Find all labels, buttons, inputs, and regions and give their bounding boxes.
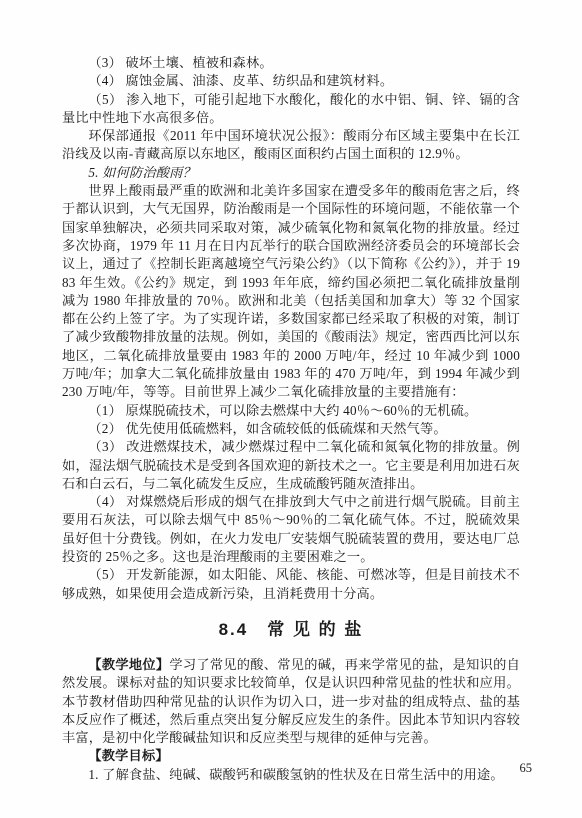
environment-report-paragraph: 环保部通报《2011 年中国环境状况公报》：酸雨分布区域主要集中在长江沿线及以南… [62,127,520,164]
page-content: （3） 破坏土壤、植被和森林。 （4） 腐蚀金属、油漆、皮革、纺织品和建筑材料。… [62,54,520,784]
measure-item-2: （2） 优先使用低硫燃料，如含硫较低的低硫煤和天然气等。 [62,420,520,438]
measure-item-4: （4） 对煤燃烧后形成的烟气在排放到大气中之前进行烟气脱硫。目前主要用石灰法，可… [62,493,520,566]
teaching-position-paragraph: 【教学地位】学习了常见的酸、常见的碱，再来学常见的盐，是知识的自然发展。课标对盐… [62,656,520,747]
measure-item-5: （5） 开发新能源，如太阳能、风能、核能、可燃冰等，但是目前技术不够成熟，如果使… [62,566,520,603]
acid-rain-harm-item-4: （4） 腐蚀金属、油漆、皮革、纺织品和建筑材料。 [62,72,520,90]
book-page: （3） 破坏土壤、植被和森林。 （4） 腐蚀金属、油漆、皮革、纺织品和建筑材料。… [0,0,582,818]
measure-item-1: （1） 原煤脱硫技术，可以除去燃煤中大约 40％～60％的无机硫。 [62,402,520,420]
goal-item-1: 1. 了解食盐、纯碱、碳酸钙和碳酸氢钠的性状及在日常生活中的用途。 [62,766,520,784]
teaching-position-label: 【教学地位】 [88,657,169,672]
page-number: 65 [520,760,533,776]
acid-rain-harm-item-3: （3） 破坏土壤、植被和森林。 [62,54,520,72]
teaching-goals-label: 【教学目标】 [88,748,168,763]
teaching-goals-heading: 【教学目标】 [62,747,520,765]
acid-rain-harm-item-5: （5） 渗入地下，可能引起地下水酸化，酸化的水中铝、铜、锌、镉的含量比中性地下水… [62,91,520,128]
section-heading-common-salts: 8.4 常 见 的 盐 [62,617,520,643]
measure-item-3: （3） 改进燃煤技术，减少燃煤过程中二氧化硫和氮氧化物的排放量。例如，湿法烟气脱… [62,438,520,493]
question-5-heading: 5. 如何防治酸雨？ [62,164,520,182]
acid-rain-answer-paragraph: 世界上酸雨最严重的欧洲和北美许多国家在遭受多年的酸雨危害之后，终于都认识到，大气… [62,182,520,402]
